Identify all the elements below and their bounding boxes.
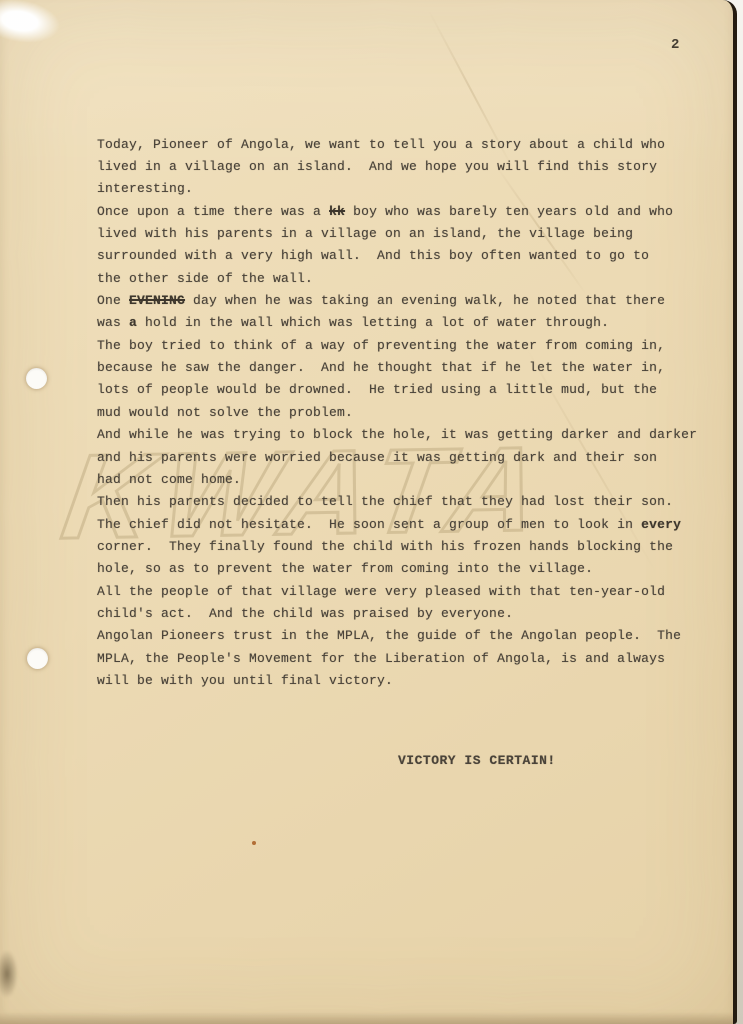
text-line: Then his parents decided to tell the chi… — [97, 491, 722, 513]
text-line: Angolan Pioneers trust in the MPLA, the … — [97, 625, 722, 647]
bottom-edge-shadow — [0, 1012, 733, 1024]
overtyped-word: a — [129, 315, 137, 330]
text-line: All the people of that village were very… — [97, 581, 722, 603]
text-line: hole, so as to prevent the water from co… — [97, 558, 722, 580]
text-block: Today, Pioneer of Angola, we want to tel… — [97, 89, 722, 817]
text-line: lived with his parents in a village on a… — [97, 223, 722, 245]
struck-out-word: EVENING — [129, 293, 185, 308]
text-line: surrounded with a very high wall. And th… — [97, 245, 722, 267]
text-line: lots of people would be drowned. He trie… — [97, 379, 722, 401]
rust-speck — [252, 841, 256, 845]
text-line: mud would not solve the problem. — [97, 402, 722, 424]
text-line: the other side of the wall. — [97, 268, 722, 290]
punch-hole-bottom — [27, 648, 48, 669]
story-lines: Today, Pioneer of Angola, we want to tel… — [97, 134, 722, 693]
overtyped-word: every — [641, 517, 681, 532]
text-line: The boy tried to think of a way of preve… — [97, 335, 722, 357]
struck-out-word: kk — [329, 204, 345, 219]
text-line: Once upon a time there was a kk boy who … — [97, 201, 722, 223]
punch-hole-top — [26, 368, 47, 389]
text-line: because he saw the danger. And he though… — [97, 357, 722, 379]
page-number: 2 — [671, 37, 680, 53]
text-line: will be with you until final victory. — [97, 670, 722, 692]
text-line: and his parents were worried because it … — [97, 447, 722, 469]
text-line: was a hold in the wall which was letting… — [97, 312, 722, 334]
closing-line: VICTORY IS CERTAIN! — [97, 750, 722, 772]
text-line: The chief did not hesitate. He soon sent… — [97, 514, 722, 536]
text-line: lived in a village on an island. And we … — [97, 156, 722, 178]
edge-smudge — [0, 950, 18, 998]
text-line: had not come home. — [97, 469, 722, 491]
text-line: child's act. And the child was praised b… — [97, 603, 722, 625]
text-line: MPLA, the People's Movement for the Libe… — [97, 648, 722, 670]
text-line: And while he was trying to block the hol… — [97, 424, 722, 446]
text-line: Today, Pioneer of Angola, we want to tel… — [97, 134, 722, 156]
text-line: interesting. — [97, 178, 722, 200]
text-line: One EVENING day when he was taking an ev… — [97, 290, 722, 312]
text-line: corner. They finally found the child wit… — [97, 536, 722, 558]
scanned-document-page: KWATA 2 Today, Pioneer of Angola, we wan… — [0, 0, 743, 1024]
